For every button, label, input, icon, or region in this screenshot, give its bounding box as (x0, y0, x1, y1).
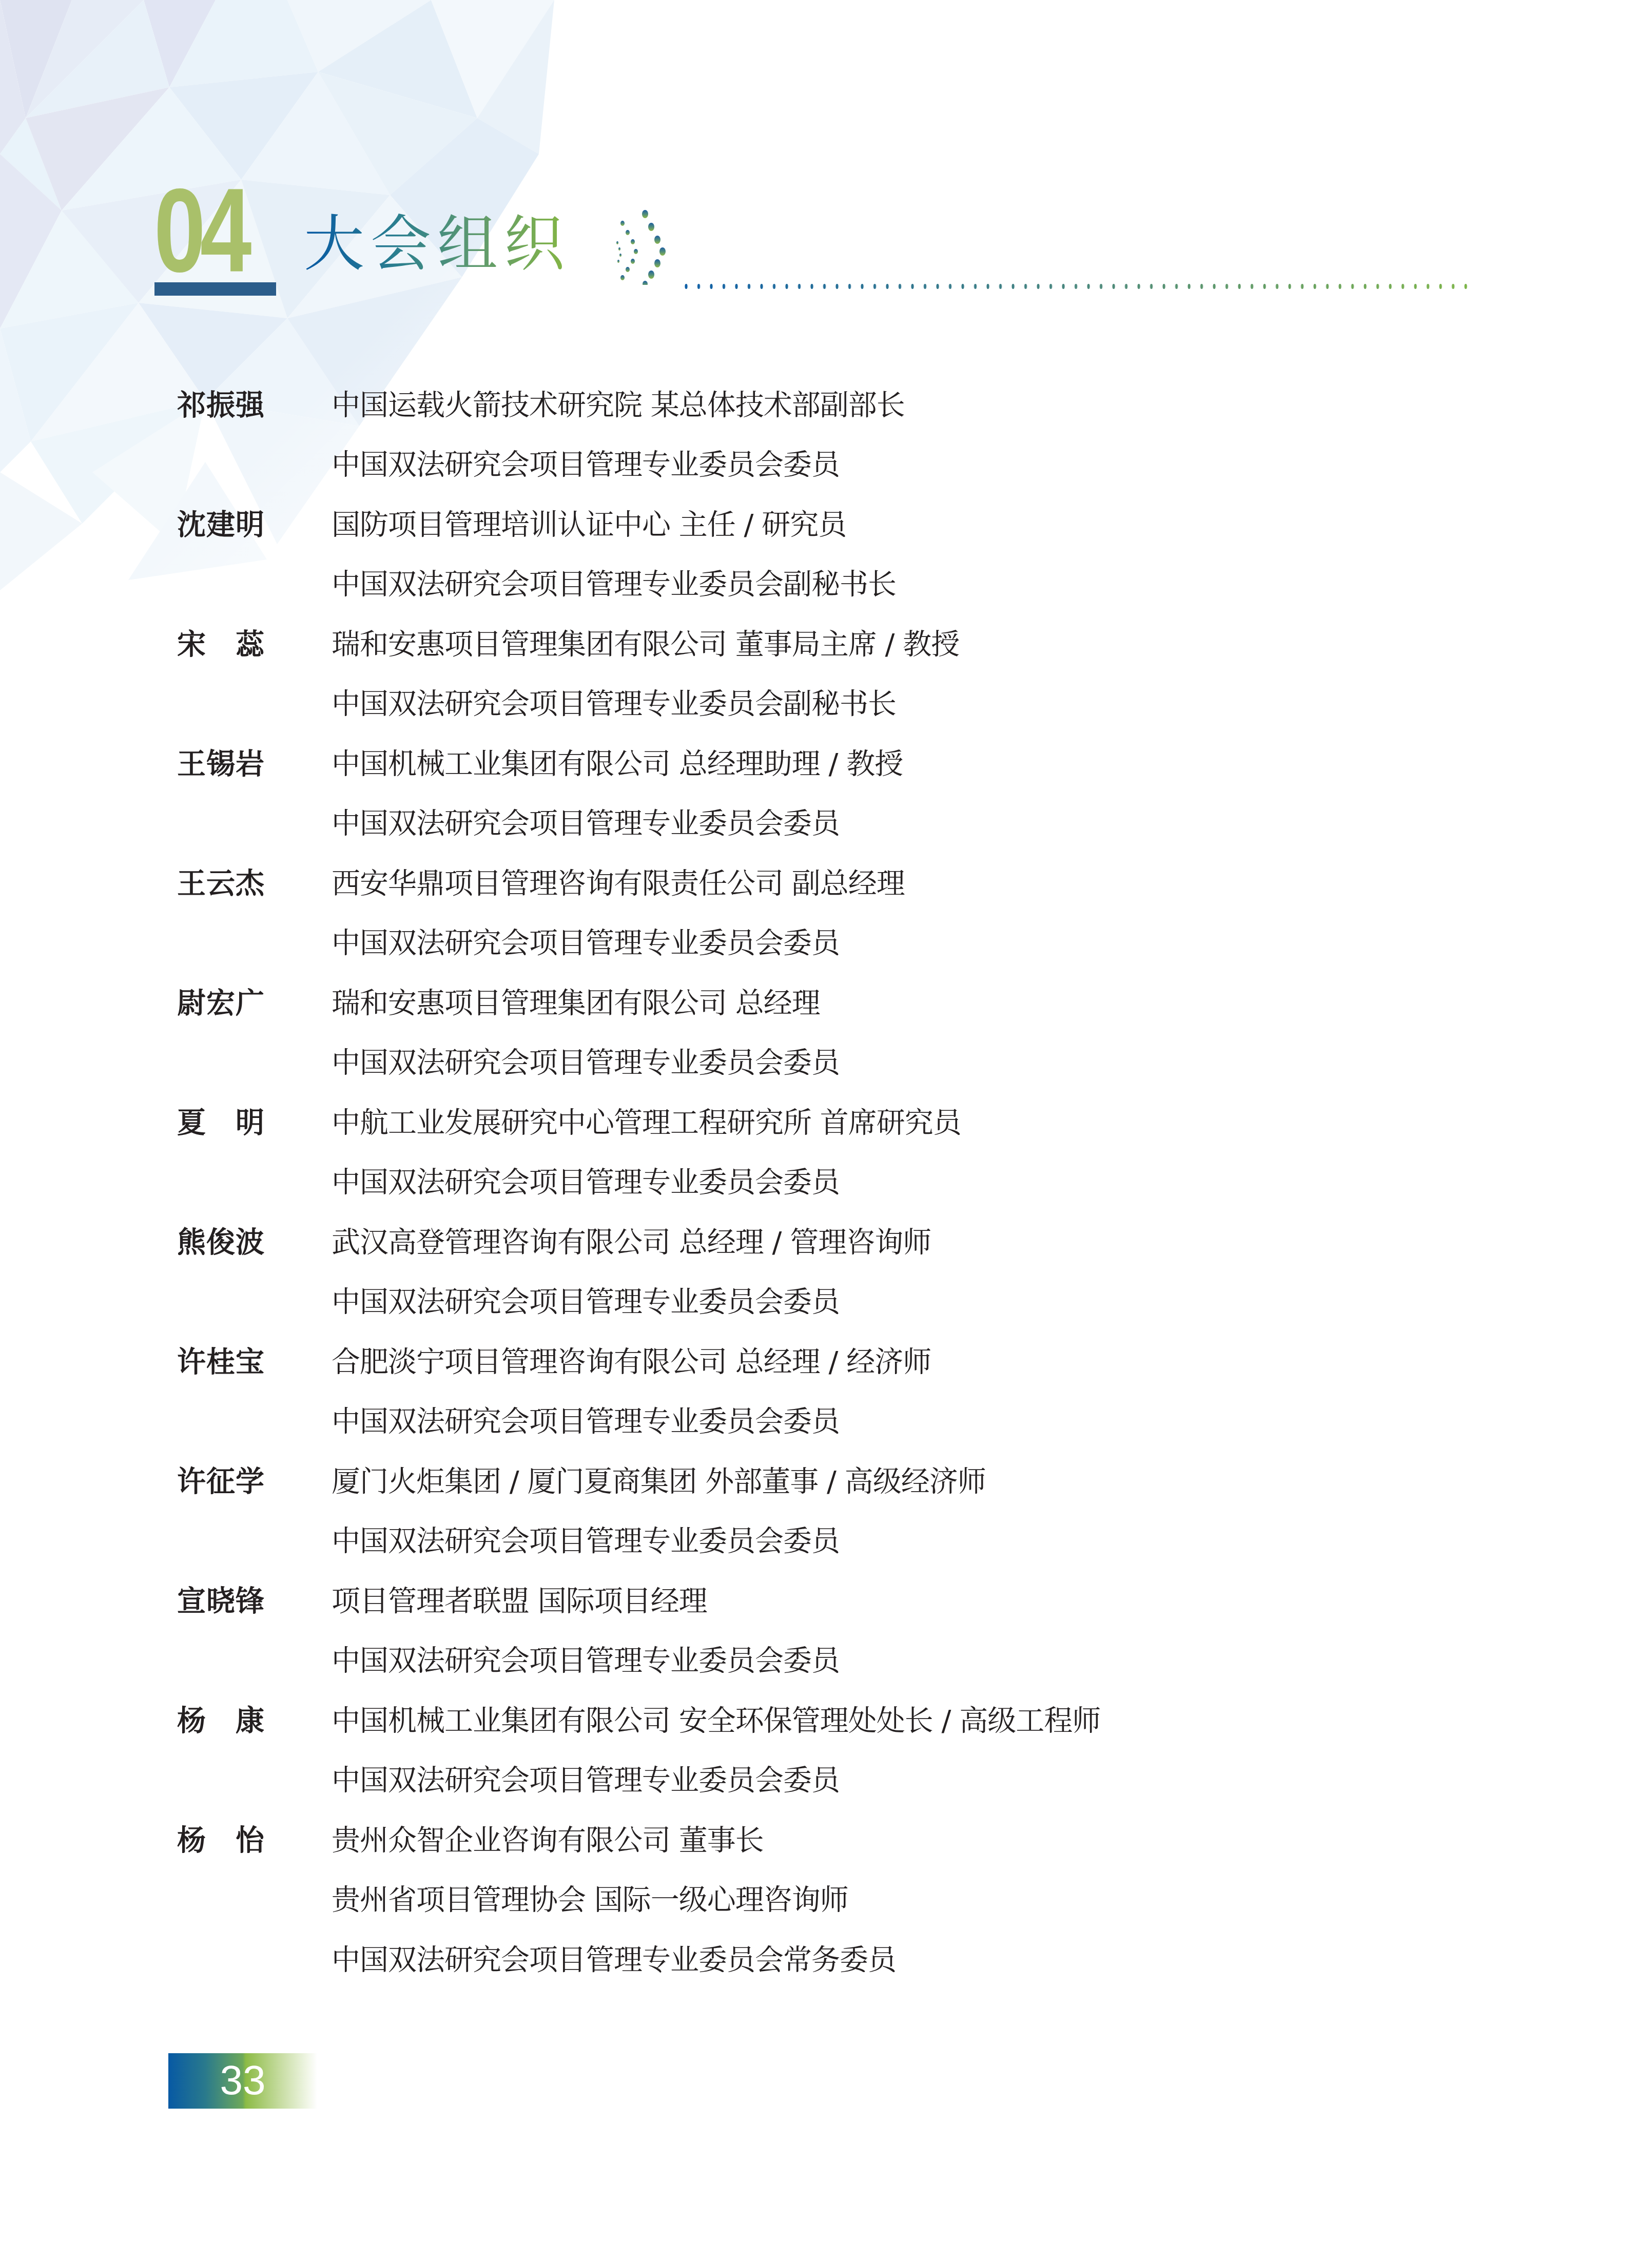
page-number: 33 (168, 2057, 317, 2103)
member-title: 中国机械工业集团有限公司 安全环保管理处处长 / 高级工程师 (332, 1706, 1100, 1736)
member-title: 中国双法研究会项目管理专业委员会委员 (332, 1406, 840, 1437)
member-name: 熊俊波 (177, 1227, 265, 1258)
member-title: 厦门火炬集团 / 厦门夏商集团 外部董事 / 高级经济师 (332, 1466, 986, 1497)
page-number-badge: 33 (168, 2053, 317, 2109)
triangle-pattern-background (0, 0, 642, 642)
member-title: 中国双法研究会项目管理专业委员会委员 (332, 1765, 840, 1796)
member-title: 中国机械工业集团有限公司 总经理助理 / 教授 (332, 749, 903, 780)
section-number-underline (154, 282, 276, 296)
member-title: 中国双法研究会项目管理专业委员会委员 (332, 1526, 840, 1557)
member-title: 项目管理者联盟 国际项目经理 (332, 1586, 707, 1617)
member-title: 贵州众智企业咨询有限公司 董事长 (332, 1825, 764, 1856)
member-title: 中国双法研究会项目管理专业委员会委员 (332, 808, 840, 839)
member-title: 中国双法研究会项目管理专业委员会副秘书长 (332, 569, 896, 600)
dotted-divider (684, 284, 1472, 289)
member-title: 中国双法研究会项目管理专业委员会委员 (332, 928, 840, 959)
member-title: 中航工业发展研究中心管理工程研究所 首席研究员 (332, 1108, 961, 1138)
member-title: 瑞和安惠项目管理集团有限公司 董事局主席 / 教授 (332, 629, 959, 660)
member-title: 西安华鼎项目管理咨询有限责任公司 副总经理 (332, 869, 905, 899)
member-title: 中国双法研究会项目管理专业委员会委员 (332, 450, 840, 480)
member-title: 中国双法研究会项目管理专业委员会委员 (332, 1167, 840, 1198)
member-title: 贵州省项目管理协会 国际一级心理咨询师 (332, 1885, 848, 1916)
member-name: 夏 明 (177, 1108, 265, 1138)
member-title: 中国双法研究会项目管理专业委员会委员 (332, 1048, 840, 1078)
member-name: 杨 怡 (177, 1825, 265, 1856)
member-name: 沈建明 (177, 510, 265, 541)
section-title: 大会组织 (304, 208, 571, 280)
section-number: 04 (154, 181, 250, 281)
member-name: 祁振强 (177, 390, 265, 421)
member-name: 尉宏广 (177, 988, 265, 1019)
member-title: 中国运载火箭技术研究院 某总体技术部副部长 (332, 390, 905, 421)
member-name: 许桂宝 (177, 1347, 265, 1378)
member-name: 王云杰 (177, 869, 265, 899)
member-title: 国防项目管理培训认证中心 主任 / 研究员 (332, 510, 846, 541)
member-title: 合肥淡宁项目管理咨询有限公司 总经理 / 经济师 (332, 1347, 931, 1378)
member-title: 中国双法研究会项目管理专业委员会委员 (332, 1287, 840, 1318)
member-name: 王锡岩 (177, 749, 265, 780)
member-name: 宣晓锋 (177, 1586, 265, 1617)
member-name: 杨 康 (177, 1706, 265, 1736)
member-name: 许征学 (177, 1466, 265, 1497)
member-title: 中国双法研究会项目管理专业委员会常务委员 (332, 1945, 896, 1976)
member-title: 武汉高登管理咨询有限公司 总经理 / 管理咨询师 (332, 1227, 931, 1258)
member-title: 瑞和安惠项目管理集团有限公司 总经理 (332, 988, 820, 1019)
member-name: 宋 蕊 (177, 629, 265, 660)
member-title: 中国双法研究会项目管理专业委员会委员 (332, 1646, 840, 1676)
member-title: 中国双法研究会项目管理专业委员会副秘书长 (332, 689, 896, 720)
dotted-chevron-right-icon (608, 208, 670, 285)
